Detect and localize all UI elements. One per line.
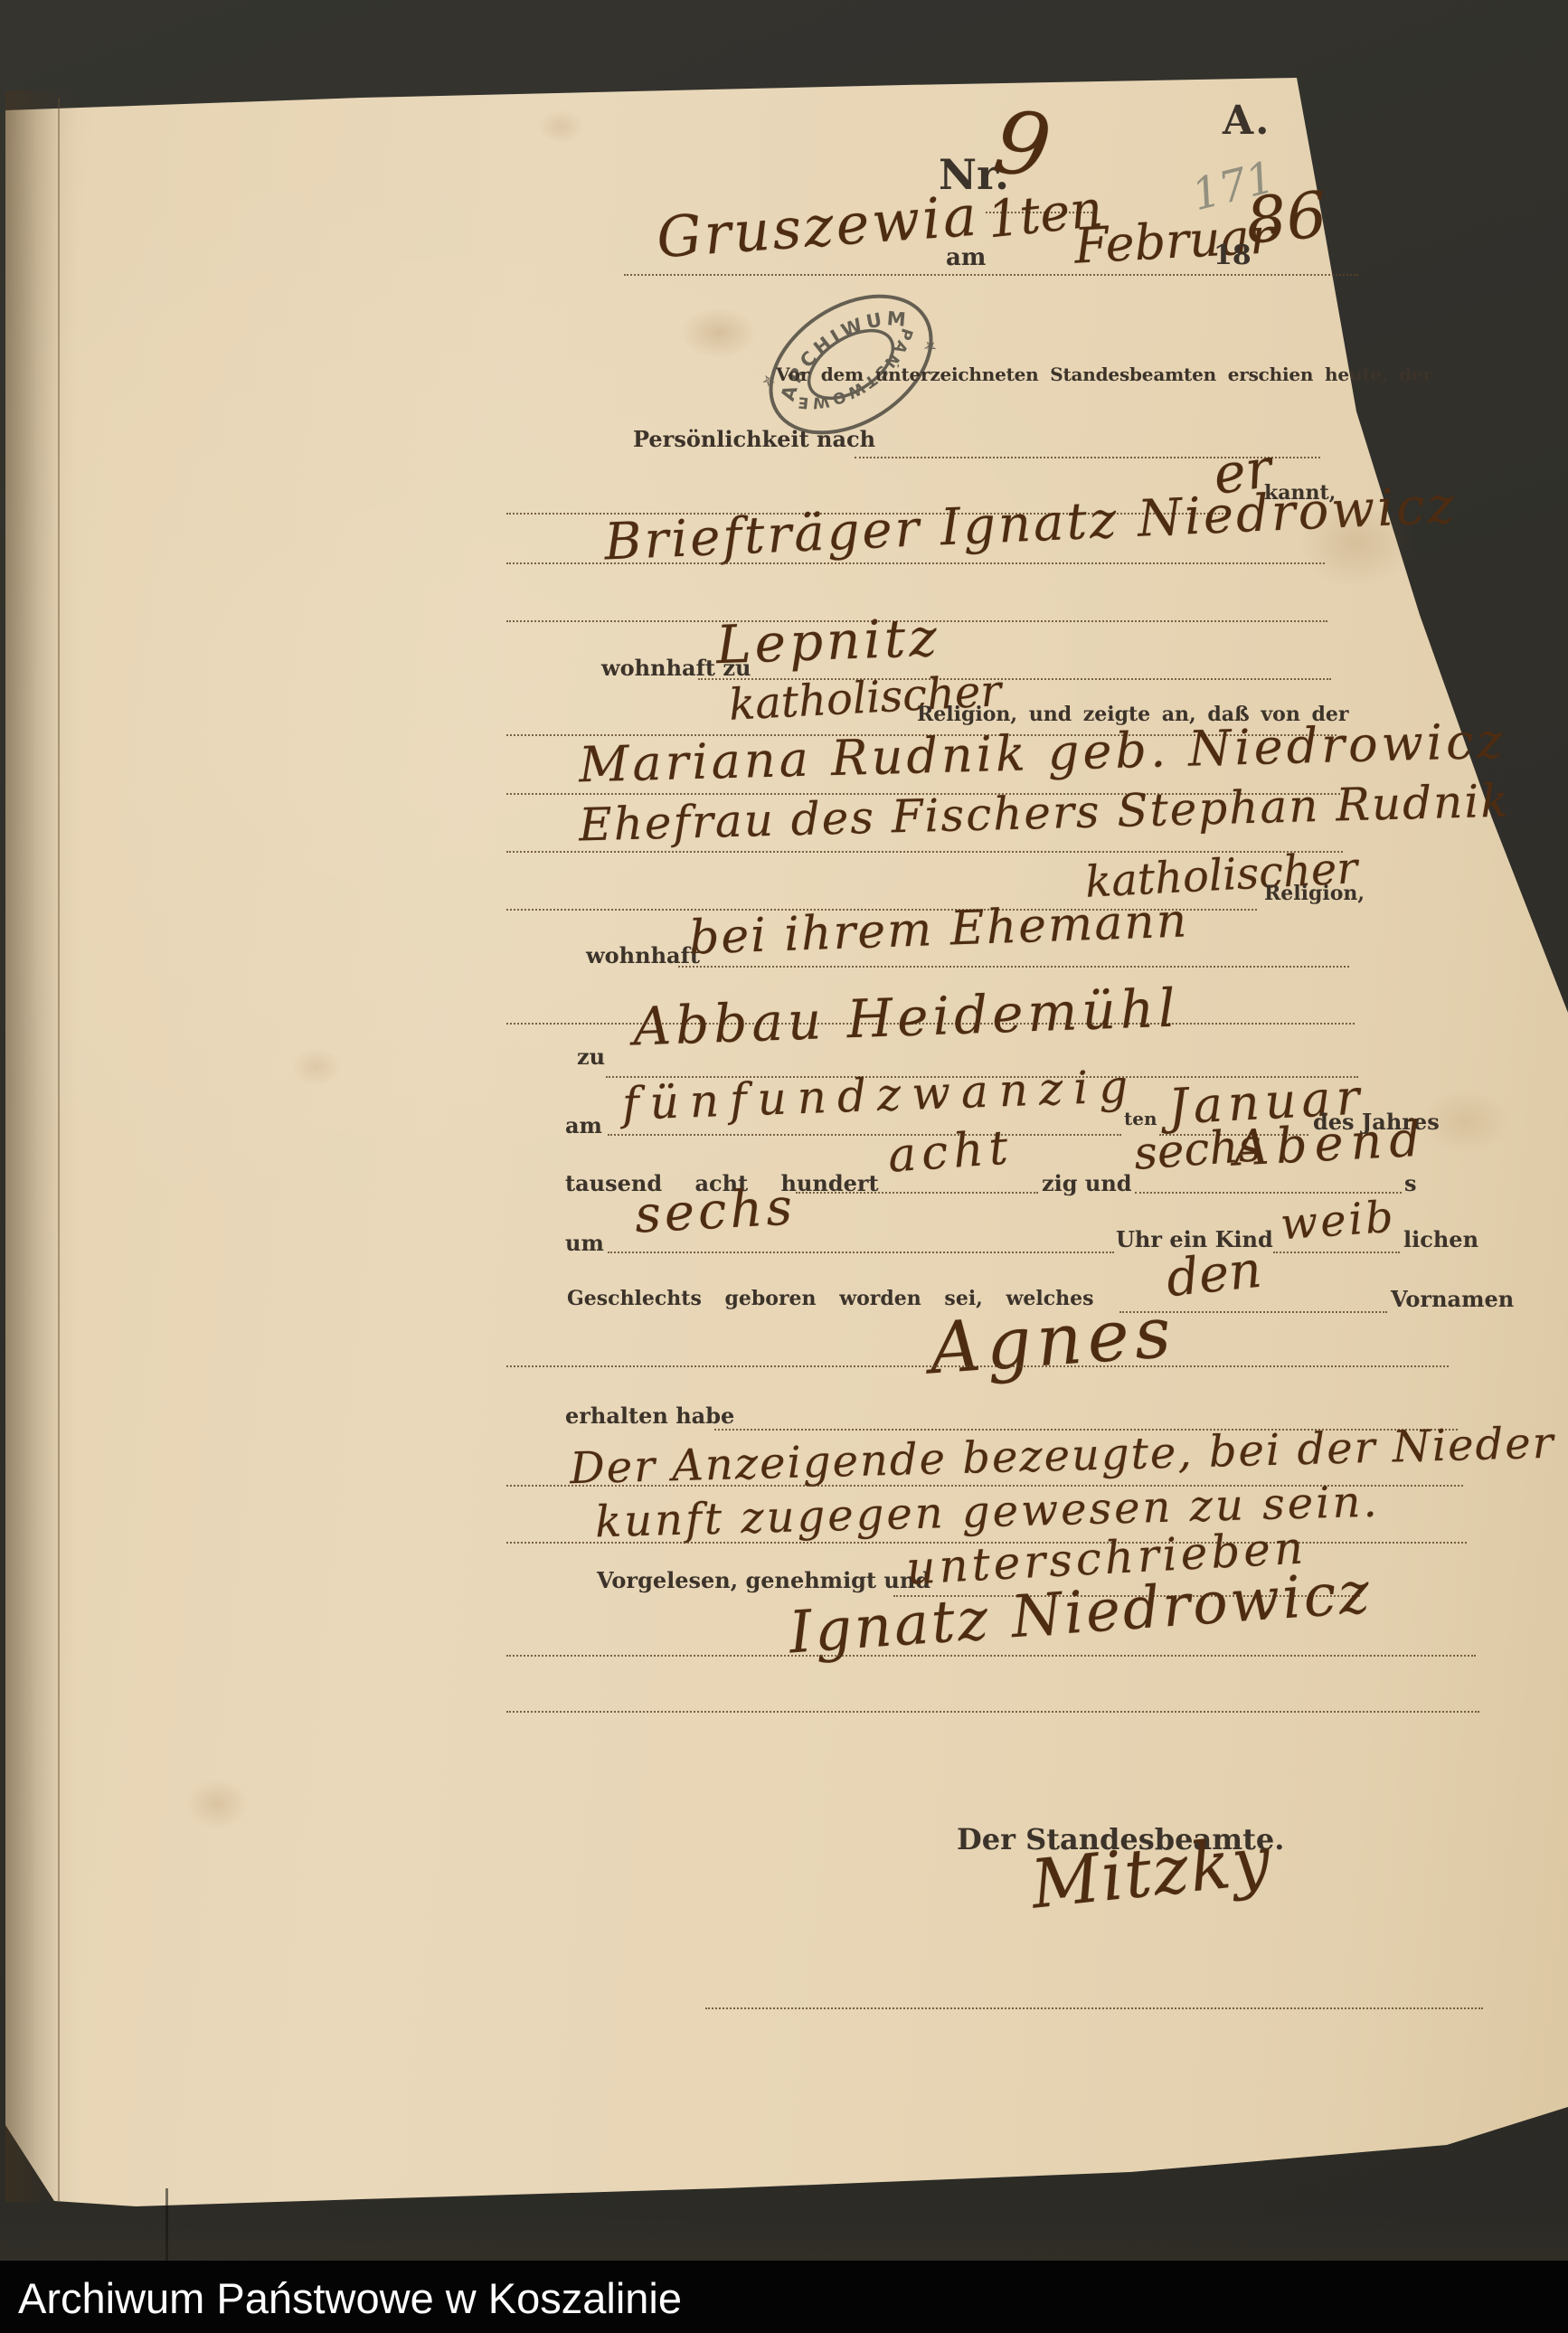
sheet-edge-seam [165, 2188, 168, 2264]
archive-caption-bar: Archiwum Państwowe w Koszalinie [0, 2261, 1568, 2333]
vornamen-printed: Vornamen [1391, 1289, 1514, 1310]
daytime-handwritten: Abend [1233, 1114, 1429, 1173]
corner-letter: A. [1223, 101, 1270, 141]
year-century-printed: 18 [1214, 242, 1252, 269]
dotted-rule [506, 562, 1325, 564]
sex-handwritten: weib [1279, 1195, 1397, 1247]
dotted-rule [506, 1365, 1449, 1367]
ten-printed: ten [1124, 1110, 1157, 1128]
dotted-rule [678, 966, 1349, 968]
vorgelesen-printed: Vorgelesen, genehmigt und [597, 1570, 930, 1592]
zu-printed: zu [577, 1046, 605, 1068]
um-printed: um [565, 1233, 604, 1254]
page-edge-crease [58, 98, 60, 2201]
s-printed: s [1404, 1173, 1417, 1195]
den-handwritten: den [1164, 1245, 1263, 1306]
dotted-rule [608, 1134, 1121, 1136]
dotted-rule [624, 274, 1358, 276]
dotted-rule [608, 1252, 1114, 1253]
lichen-printed: lichen [1403, 1229, 1478, 1251]
dotted-rule [705, 2007, 1483, 2009]
residence-handwritten: Lepnitz [715, 611, 941, 672]
intro-line-printed: Vor dem unterzeichneten Standesbeamten e… [776, 365, 1432, 383]
year-handwritten: 86 [1243, 183, 1329, 252]
dotted-rule [796, 1192, 1038, 1194]
dotted-rule [506, 1711, 1479, 1713]
persoenlichkeit-printed: Persönlichkeit nach [633, 429, 875, 450]
stamp-star-icon: ✯ [921, 336, 941, 359]
hour-handwritten: sechs [634, 1182, 798, 1241]
am-label: am [946, 246, 986, 269]
zig-und-printed: zig und [1042, 1173, 1132, 1195]
dotted-rule [1273, 1252, 1400, 1253]
archive-caption-text: Archiwum Państwowe w Koszalinie [18, 2273, 682, 2323]
am2-printed: am [565, 1115, 602, 1137]
erhalten-habe-printed: erhalten habe [565, 1405, 734, 1427]
wohnhaft-printed: wohnhaft [586, 945, 700, 967]
dotted-rule [506, 1655, 1476, 1657]
scanned-record-photo: Nr. 9 A. 171 Gruszewia am 1ten Februar 1… [0, 0, 1568, 2333]
religion2-printed: Religion, [1264, 883, 1365, 903]
decade-handwritten: acht [886, 1124, 1015, 1180]
child-name-handwritten: Agnes [928, 1298, 1178, 1385]
